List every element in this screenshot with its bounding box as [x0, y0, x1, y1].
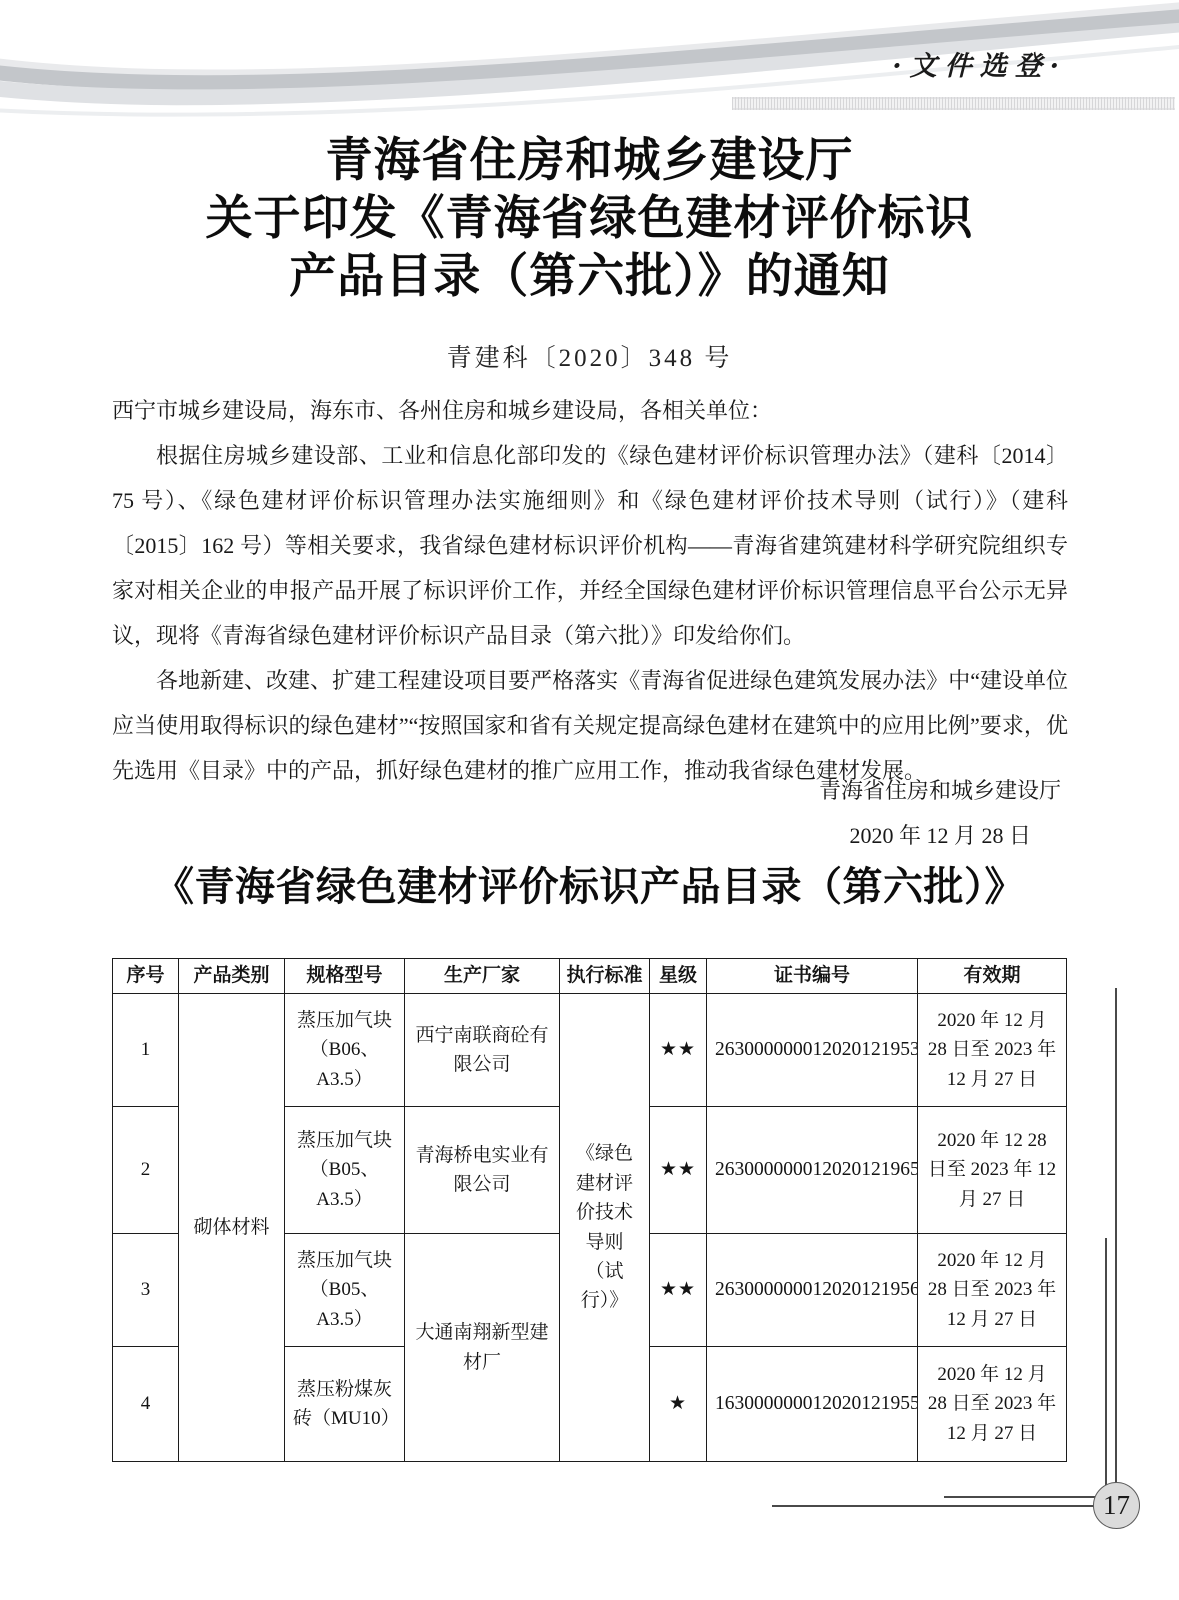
cell-seq: 4: [113, 1347, 179, 1462]
salutation: 西宁市城乡建设局，海东市、各州住房和城乡建设局，各相关单位：: [112, 388, 1068, 433]
cell-certificate-number: 263000000012020121956: [707, 1234, 918, 1347]
notice-title-line-1: 青海省住房和城乡建设厅: [0, 132, 1179, 190]
cell-star-rating: ★★: [650, 994, 707, 1107]
cell-seq: 2: [113, 1107, 179, 1234]
cell-validity: 2020 年 12 月 28 日至 2023 年 12 月 27 日: [918, 994, 1067, 1107]
cell-star-rating: ★★: [650, 1107, 707, 1234]
cell-standard: 《绿色建材评价技术导则（试行）》: [560, 994, 650, 1462]
cell-category: 砌体材料: [179, 994, 285, 1462]
notice-title-line-3: 产品目录（第六批）》的通知: [0, 248, 1179, 306]
header-seq: 序号: [113, 959, 179, 994]
page-number-badge: 17: [1093, 1482, 1140, 1529]
cell-spec: 蒸压加气块（B05、A3.5）: [285, 1107, 405, 1234]
table-header-row: 序号 产品类别 规格型号 生产厂家 执行标准 星级 证书编号 有效期: [113, 959, 1067, 994]
cell-seq: 3: [113, 1234, 179, 1347]
cell-validity: 2020 年 12 月 28 日至 2023 年 12 月 27 日: [918, 1234, 1067, 1347]
notice-title-line-2: 关于印发《青海省绿色建材评价标识: [0, 190, 1179, 248]
cell-star-rating: ★: [650, 1347, 707, 1462]
cell-spec: 蒸压粉煤灰砖（MU10）: [285, 1347, 405, 1462]
cell-certificate-number: 163000000012020121955: [707, 1347, 918, 1462]
signature-date: 2020 年 12 月 28 日: [819, 813, 1061, 858]
catalog-table: 序号 产品类别 规格型号 生产厂家 执行标准 星级 证书编号 有效期 1 砌体材…: [112, 958, 1067, 1462]
header-star: 星级: [650, 959, 707, 994]
header-standard: 执行标准: [560, 959, 650, 994]
bottom-horizontal-rule-top: [944, 1496, 1107, 1498]
signature-org: 青海省住房和城乡建设厅: [819, 768, 1061, 813]
cell-manufacturer: 大通南翔新型建材厂: [405, 1234, 560, 1462]
right-vertical-rule-long: [1115, 988, 1117, 1508]
document-page: ·文件选登· 青海省住房和城乡建设厅 关于印发《青海省绿色建材评价标识 产品目录…: [0, 0, 1179, 1600]
body-paragraph-1: 根据住房城乡建设部、工业和信息化部印发的《绿色建材评价标识管理办法》（建科〔20…: [112, 433, 1068, 658]
header-manufacturer: 生产厂家: [405, 959, 560, 994]
cell-manufacturer: 青海桥电实业有限公司: [405, 1107, 560, 1234]
header-spec: 规格型号: [285, 959, 405, 994]
cell-validity: 2020 年 12 月 28 日至 2023 年 12 月 27 日: [918, 1347, 1067, 1462]
bottom-horizontal-rule-bottom: [772, 1505, 1107, 1507]
document-number: 青建科〔2020〕348 号: [0, 338, 1179, 374]
cell-certificate-number: 263000000012020121965: [707, 1107, 918, 1234]
signature-block: 青海省住房和城乡建设厅 2020 年 12 月 28 日: [819, 768, 1061, 858]
header-validity: 有效期: [918, 959, 1067, 994]
notice-body: 西宁市城乡建设局，海东市、各州住房和城乡建设局，各相关单位： 根据住房城乡建设部…: [112, 388, 1068, 793]
cell-seq: 1: [113, 994, 179, 1107]
cell-spec: 蒸压加气块（B05、A3.5）: [285, 1234, 405, 1347]
cell-star-rating: ★★: [650, 1234, 707, 1347]
section-label: ·文件选登·: [892, 44, 1067, 83]
table-row: 1 砌体材料 蒸压加气块（B06、A3.5） 西宁南联商砼有限公司 《绿色建材评…: [113, 994, 1067, 1107]
right-vertical-rule-short: [1105, 1238, 1107, 1510]
notice-title: 青海省住房和城乡建设厅 关于印发《青海省绿色建材评价标识 产品目录（第六批）》的…: [0, 132, 1179, 306]
header-cert: 证书编号: [707, 959, 918, 994]
cell-certificate-number: 263000000012020121953: [707, 994, 918, 1107]
cell-validity: 2020 年 12 28 日至 2023 年 12 月 27 日: [918, 1107, 1067, 1234]
catalog-title: 《青海省绿色建材评价标识产品目录（第六批）》: [0, 855, 1179, 912]
cell-manufacturer: 西宁南联商砼有限公司: [405, 994, 560, 1107]
hatch-ribbon-decoration: [732, 97, 1175, 110]
cell-spec: 蒸压加气块（B06、A3.5）: [285, 994, 405, 1107]
header-category: 产品类别: [179, 959, 285, 994]
